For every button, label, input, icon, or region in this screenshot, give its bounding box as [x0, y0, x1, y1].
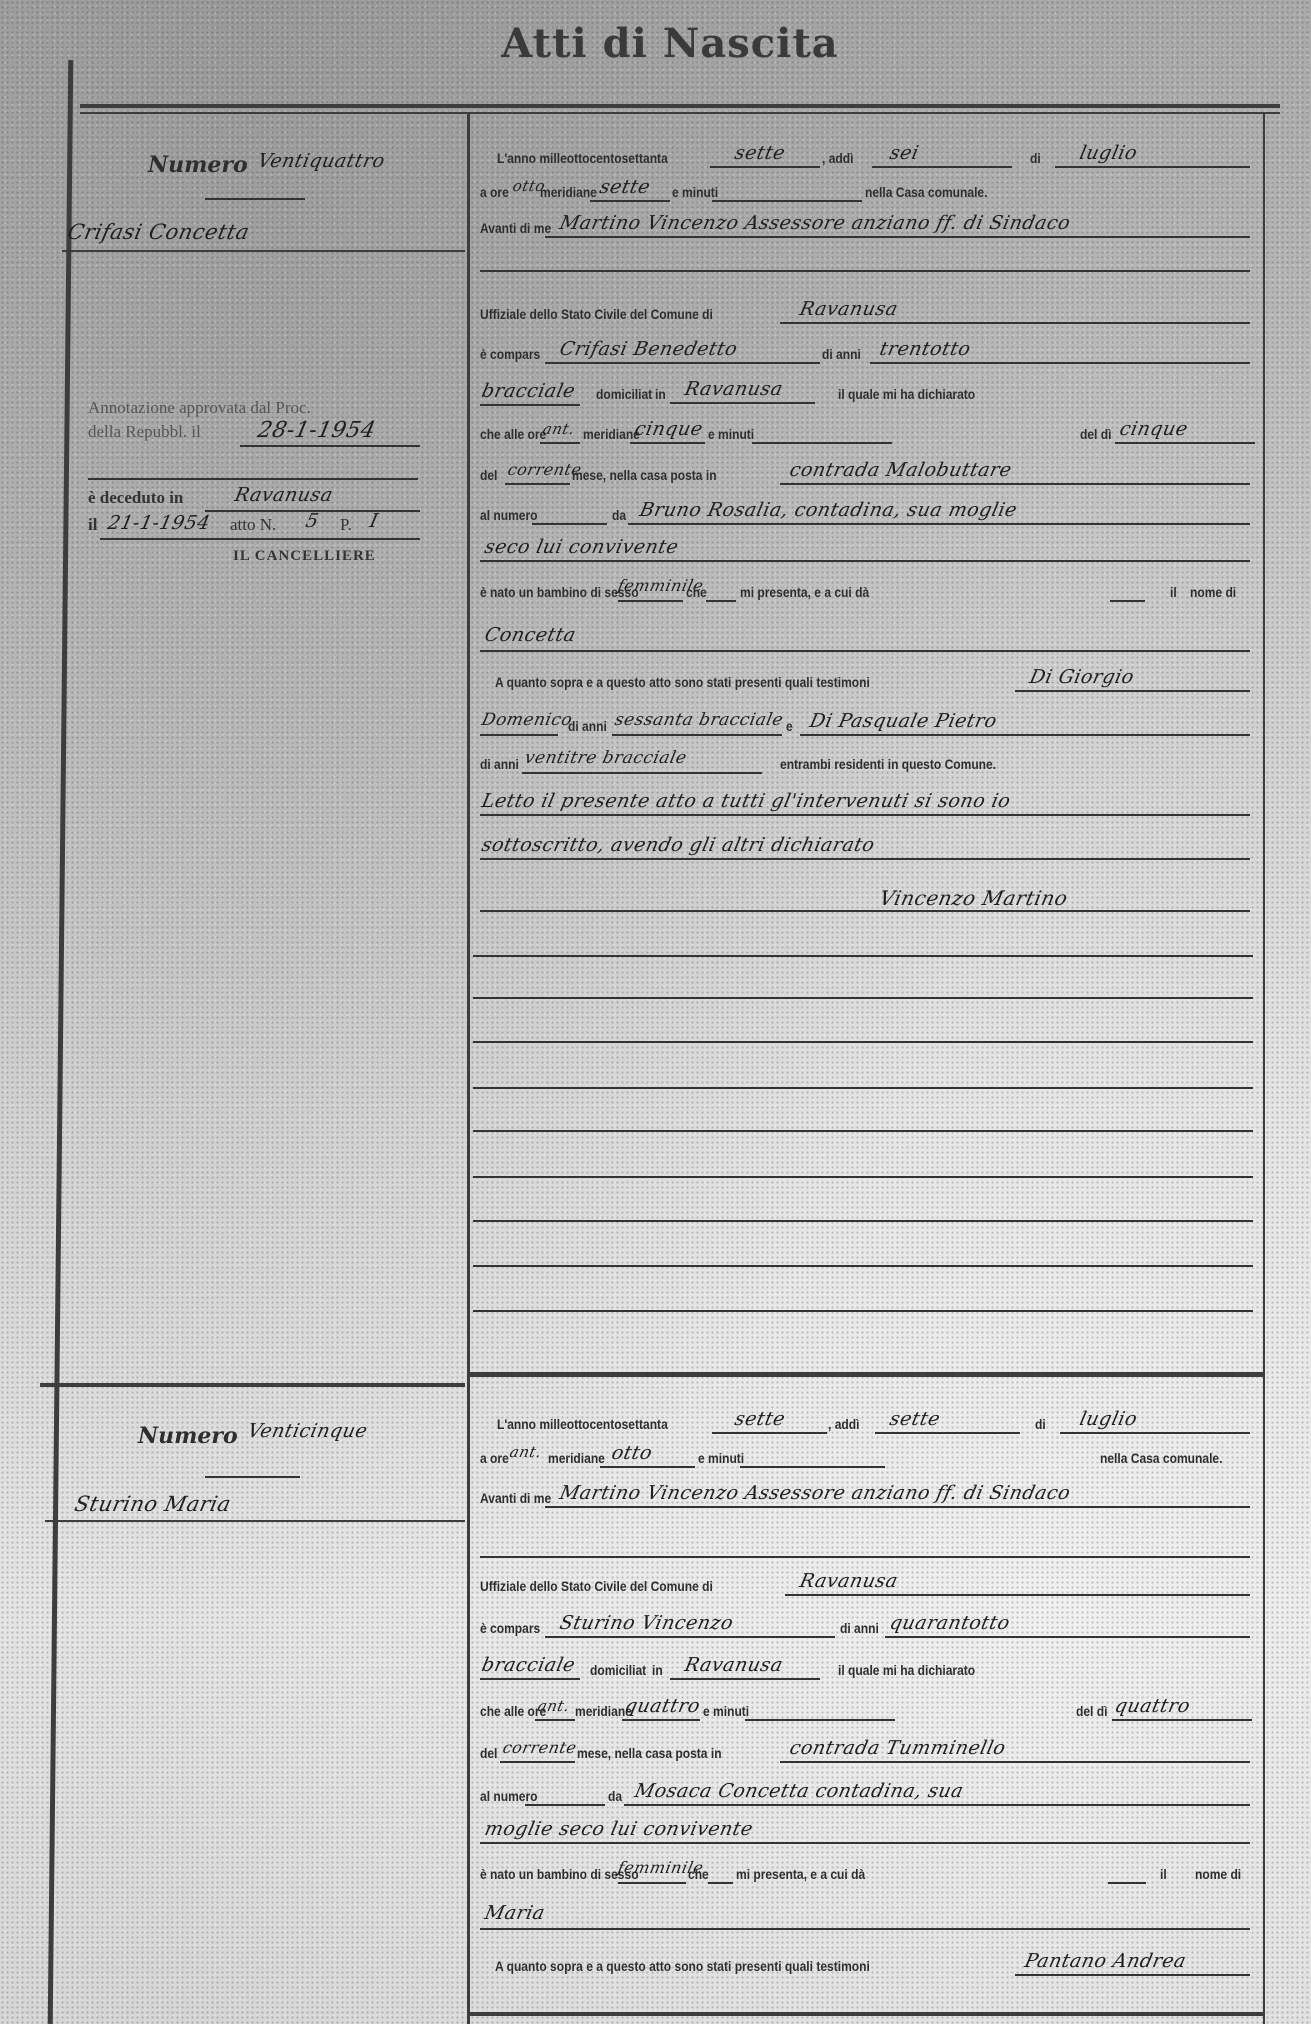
- declarant-job: bracciale: [480, 1654, 578, 1676]
- form-label: mi presenta, e a cui dà: [740, 584, 869, 600]
- annotation-line-2: della Repubbl. il: [88, 422, 201, 442]
- cohabitation: moglie seco lui convivente: [483, 1818, 756, 1840]
- death-date: 21-1-1954: [106, 512, 213, 534]
- atto-label: atto N.: [230, 515, 276, 535]
- column-divider: [467, 112, 470, 2024]
- form-label: il quale mi ha dichiarato: [838, 386, 975, 402]
- record-separator-left: [40, 1383, 465, 1387]
- child-name: Maria: [483, 1902, 547, 1924]
- form-label: al numero: [480, 507, 538, 523]
- form-label: del dì: [1080, 426, 1111, 442]
- form-label: nome di: [1190, 584, 1236, 600]
- form-label: mi presenta, e a cui dà: [736, 1866, 865, 1882]
- witness-2: Di Pasquale Pietro: [808, 710, 999, 732]
- record1-margin-name: Crifasi Concetta: [65, 220, 251, 244]
- record2-numero-value: Venticinque: [246, 1420, 370, 1442]
- form-label: di anni: [840, 1620, 879, 1636]
- form-label: del dì: [1076, 1703, 1107, 1719]
- form-label: L'anno milleottocentosettanta: [497, 150, 668, 166]
- officer-signature: Vincenzo Martino: [877, 886, 1070, 910]
- record1-numero-label: Numero: [148, 152, 248, 178]
- form-label: è compars: [480, 1620, 540, 1636]
- p-label: P.: [340, 515, 352, 535]
- form-label: nella Casa comunale.: [865, 184, 987, 200]
- month: luglio: [1078, 1408, 1140, 1430]
- form-label: Avanti di me: [480, 1490, 551, 1506]
- form-label: meridiane: [540, 184, 597, 200]
- form-label: che: [688, 1866, 709, 1882]
- form-label: domiciliat: [590, 1662, 646, 1678]
- record-separator-right: [470, 1372, 1263, 1377]
- cohabitation: seco lui convivente: [483, 536, 681, 558]
- hour: ant.: [508, 1443, 543, 1461]
- annotation-line-1: Annotazione approvata dal Proc.: [88, 398, 311, 418]
- mother: Mosaca Concetta contadina, sua: [633, 1780, 966, 1802]
- form-label: e minuti: [672, 184, 718, 200]
- day: sette: [888, 1408, 943, 1430]
- child-name: Concetta: [483, 624, 578, 646]
- form-label: a ore: [480, 184, 509, 200]
- form-label: nella Casa comunale.: [1100, 1450, 1222, 1466]
- birth-day: cinque: [1118, 418, 1190, 440]
- form-label: il quale mi ha dichiarato: [838, 1662, 975, 1678]
- form-label: di anni: [480, 756, 519, 772]
- bottom-rule: [470, 2012, 1263, 2016]
- birth-month: corrente: [501, 1738, 579, 1757]
- birth-hour: ant.: [541, 420, 576, 438]
- declarant: Sturino Vincenzo: [558, 1612, 736, 1634]
- form-label: nome di: [1195, 1866, 1241, 1882]
- witness-2-age: ventitre bracciale: [523, 748, 689, 768]
- officer: Martino Vincenzo Assessore anziano ff. d…: [558, 1482, 1073, 1504]
- form-label: da: [612, 507, 626, 523]
- witness-1-first-name: Domenico: [480, 710, 574, 730]
- form-label: L'anno milleottocentosettanta: [497, 1416, 668, 1432]
- comune: Ravanusa: [798, 1570, 900, 1592]
- form-label: di: [1030, 150, 1041, 166]
- domicile: Ravanusa: [683, 378, 785, 400]
- form-label: di anni: [822, 346, 861, 362]
- record2-numero-label: Numero: [138, 1423, 238, 1449]
- top-double-rule-2: [80, 112, 1280, 114]
- hour-b: sette: [598, 176, 653, 198]
- form-label: e minuti: [708, 426, 754, 442]
- form-label: meridiane: [583, 426, 640, 442]
- form-label: domiciliat: [596, 386, 652, 402]
- form-label: al numero: [480, 1788, 538, 1804]
- form-label: il: [1170, 584, 1177, 600]
- hour-b: otto: [610, 1442, 655, 1464]
- deceased-label: è deceduto in: [88, 488, 183, 508]
- comune: Ravanusa: [798, 298, 900, 320]
- month: luglio: [1078, 142, 1140, 164]
- form-label: è nato un bambino di sesso: [480, 584, 639, 600]
- form-label: a ore: [480, 1450, 509, 1466]
- death-il-label: il: [88, 515, 97, 535]
- birth-hour-b: quattro: [623, 1695, 703, 1717]
- birth-day: quattro: [1113, 1695, 1193, 1717]
- declarant: Crifasi Benedetto: [558, 338, 740, 360]
- declarant-age: trentotto: [878, 338, 973, 360]
- form-label: in: [655, 386, 666, 402]
- p-value: I: [368, 510, 381, 532]
- year-suffix: sette: [733, 142, 788, 164]
- form-label: Uffiziale dello Stato Civile del Comune …: [480, 306, 713, 322]
- annotation-date: 28-1-1954: [255, 418, 378, 443]
- declarant-age: quarantotto: [888, 1612, 1012, 1634]
- form-label: , addì: [822, 150, 853, 166]
- register-page: Atti di Nascita Numero Ventiquattro Crif…: [0, 0, 1311, 2024]
- domicile: Ravanusa: [683, 1654, 785, 1676]
- margin-name-rule-1: [62, 250, 465, 252]
- form-label: A quanto sopra e a questo atto sono stat…: [495, 1958, 870, 1974]
- year-suffix: sette: [733, 1408, 788, 1430]
- page-title: Atti di Nascita: [440, 20, 900, 67]
- right-border: [1263, 112, 1265, 2024]
- birth-hour-b: cinque: [633, 418, 705, 440]
- officer: Martino Vincenzo Assessore anziano ff. d…: [558, 212, 1073, 234]
- form-label: che alle ore: [480, 426, 546, 442]
- closing-line-2: sottoscritto, avendo gli altri dichiarat…: [480, 834, 877, 856]
- day: sei: [888, 142, 921, 164]
- form-label: Uffiziale dello Stato Civile del Comune …: [480, 1578, 713, 1594]
- form-label: da: [608, 1788, 622, 1804]
- form-label: in: [652, 1662, 663, 1678]
- form-label: è compars: [480, 346, 540, 362]
- form-label: il: [1160, 1866, 1167, 1882]
- record2-margin-name: Sturino Maria: [72, 1492, 233, 1516]
- top-double-rule: [80, 104, 1280, 108]
- declarant-job: bracciale: [480, 380, 578, 402]
- cancelliere-label: IL CANCELLIERE: [233, 548, 376, 565]
- mother: Bruno Rosalia, contadina, sua moglie: [638, 499, 1020, 521]
- witness-1: Pantano Andrea: [1023, 1950, 1189, 1972]
- witness-1: Di Giorgio: [1028, 666, 1136, 688]
- birth-house: contrada Tumminello: [788, 1737, 1008, 1759]
- form-label: Avanti di me: [480, 220, 551, 236]
- form-label: A quanto sopra e a questo atto sono stat…: [495, 674, 870, 690]
- margin-name-rule-2: [45, 1520, 465, 1522]
- atto-number: 5: [304, 510, 321, 532]
- form-label: di anni: [568, 718, 607, 734]
- witness-1-age: sessanta bracciale: [613, 710, 785, 730]
- form-label: del: [480, 1745, 497, 1761]
- record1-numero-value: Ventiquattro: [256, 150, 387, 172]
- form-label: mese, nella casa posta in: [572, 467, 717, 483]
- form-label: meridiane: [548, 1450, 605, 1466]
- birth-hour: ant.: [536, 1697, 571, 1715]
- form-label: e minuti: [698, 1450, 744, 1466]
- form-label: di: [1035, 1416, 1046, 1432]
- form-label: è nato un bambino di sesso: [480, 1866, 639, 1882]
- closing-line-1: Letto il presente atto a tutti gl'interv…: [480, 790, 1013, 812]
- form-label: mese, nella casa posta in: [577, 1745, 722, 1761]
- deceased-place: Ravanusa: [233, 484, 335, 506]
- birth-house: contrada Malobuttare: [788, 459, 1014, 481]
- form-label: entrambi residenti in questo Comune.: [780, 756, 996, 772]
- form-label: del: [480, 467, 497, 483]
- left-border: [48, 60, 74, 2024]
- form-label: , addì: [828, 1416, 859, 1432]
- form-label: che: [686, 584, 707, 600]
- form-label: e: [786, 718, 793, 734]
- form-label: e minuti: [703, 1703, 749, 1719]
